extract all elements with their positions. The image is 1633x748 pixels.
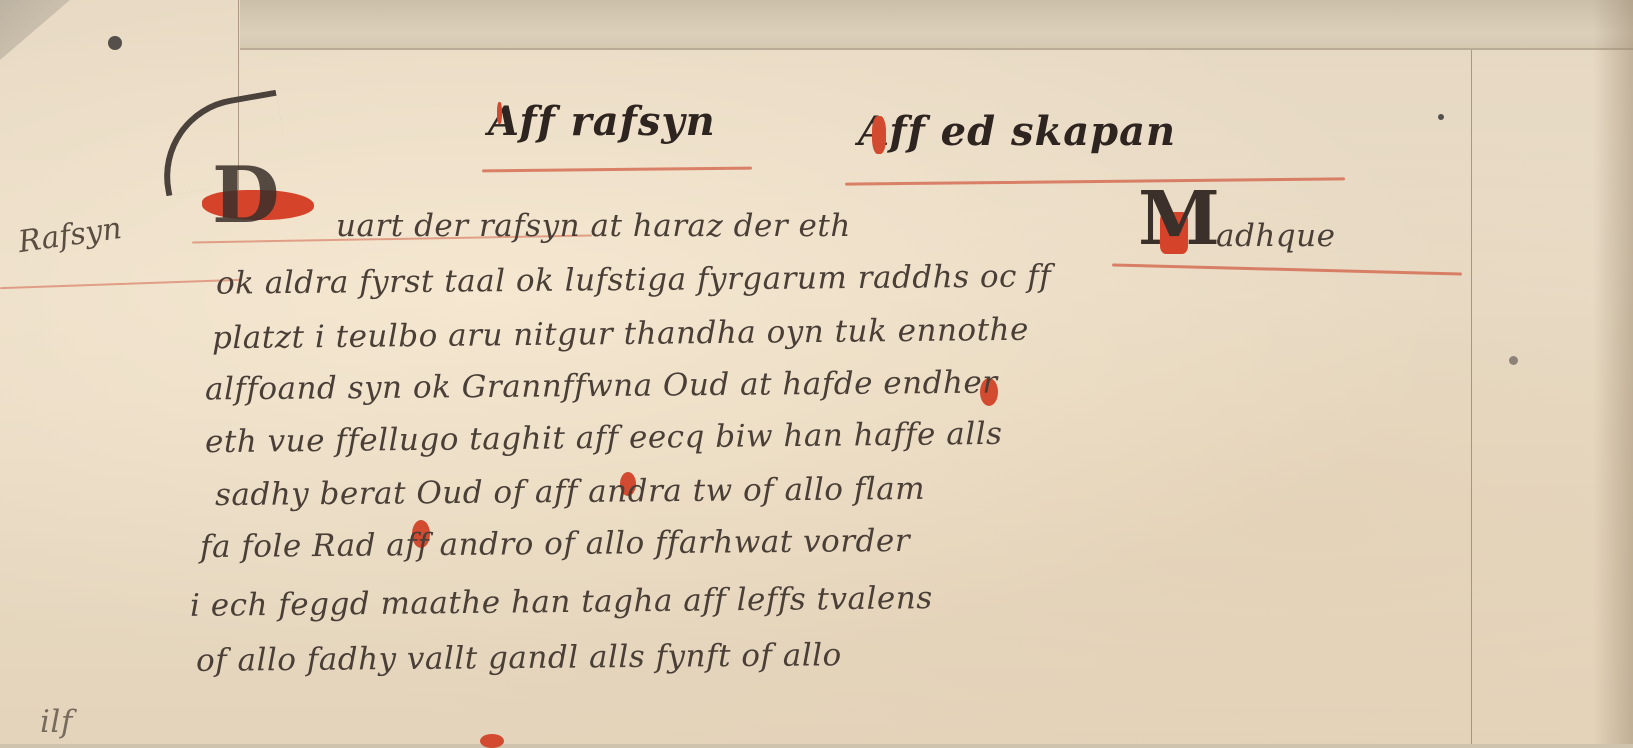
line-text: i ech feggd maathe han tagha aff leffs t…	[190, 580, 933, 624]
text-line-6: sadhy berat Oud of aff andra tw of allo …	[215, 471, 925, 513]
margin-note: Rafsyn	[16, 211, 124, 260]
line-text: ilf	[40, 704, 73, 740]
rubric-line	[1112, 263, 1462, 275]
line-text: alffoand syn ok Grannffwna Oud at hafde …	[205, 365, 998, 408]
binding-shadow	[1593, 0, 1633, 744]
rubric-touch	[480, 734, 504, 744]
text-line-5: eth vue ffellugo taghit aff eecq biw han…	[205, 416, 1003, 460]
text-line-3: platzt i teulbo aru nitgur thandha oyn t…	[212, 312, 1029, 357]
section-heading-left: Aff rafsyn	[488, 98, 716, 145]
ink-stain	[1509, 356, 1518, 365]
line-text: adhque	[1216, 218, 1335, 254]
line-text: of allo fadhy vallt gandl alls fynft of …	[196, 637, 842, 679]
line-text: platzt i teulbo aru nitgur thandha oyn t…	[212, 312, 1029, 357]
line-text: ok aldra fyrst taal ok lufstiga fyrgarum…	[216, 258, 1052, 301]
margin-ruling-right	[1471, 50, 1472, 744]
text-line-section-2: adhque	[1216, 218, 1335, 254]
text-line-fragment-bottom: ilf	[40, 704, 73, 740]
margin-note-text: Rafsyn	[16, 211, 124, 260]
heading-text: Aff ed skapan	[858, 108, 1176, 155]
text-line-8: i ech feggd maathe han tagha aff leffs t…	[190, 580, 933, 624]
section-heading-right: Aff ed skapan	[858, 108, 1176, 155]
heading-text: Aff rafsyn	[488, 98, 716, 145]
decorated-initial-m: M	[1138, 176, 1220, 262]
manuscript-page: Aff rafsyn Aff ed skapan Rafsyn D M uart…	[0, 0, 1633, 744]
heading-underline-right	[845, 177, 1345, 185]
line-text: sadhy berat Oud of aff andra tw of allo …	[215, 471, 925, 513]
text-line-7: fa fole Rad aff andro of allo ffarhwat v…	[200, 523, 910, 565]
text-line-4: alffoand syn ok Grannffwna Oud at hafde …	[205, 365, 998, 408]
initial-letter: D	[212, 150, 280, 241]
line-text: eth vue ffellugo taghit aff eecq biw han…	[205, 416, 1003, 460]
text-line-1: uart der rafsyn at haraz der eth	[336, 208, 851, 244]
text-line-2: ok aldra fyrst taal ok lufstiga fyrgarum…	[216, 258, 1052, 301]
ink-stain	[108, 36, 122, 50]
ink-stain	[1438, 114, 1444, 120]
initial-letter: M	[1138, 176, 1220, 262]
line-text: fa fole Rad aff andro of allo ffarhwat v…	[200, 523, 910, 565]
decorated-initial-d: D	[212, 150, 280, 241]
rubric-line	[0, 279, 240, 289]
heading-underline-left	[482, 167, 752, 173]
line-text: uart der rafsyn at haraz der eth	[336, 208, 851, 244]
page-top-edge	[240, 0, 1633, 50]
page-corner	[0, 0, 70, 60]
rubric-stroke	[497, 102, 502, 124]
text-line-9: of allo fadhy vallt gandl alls fynft of …	[196, 637, 842, 679]
rubric-stroke	[872, 116, 886, 154]
